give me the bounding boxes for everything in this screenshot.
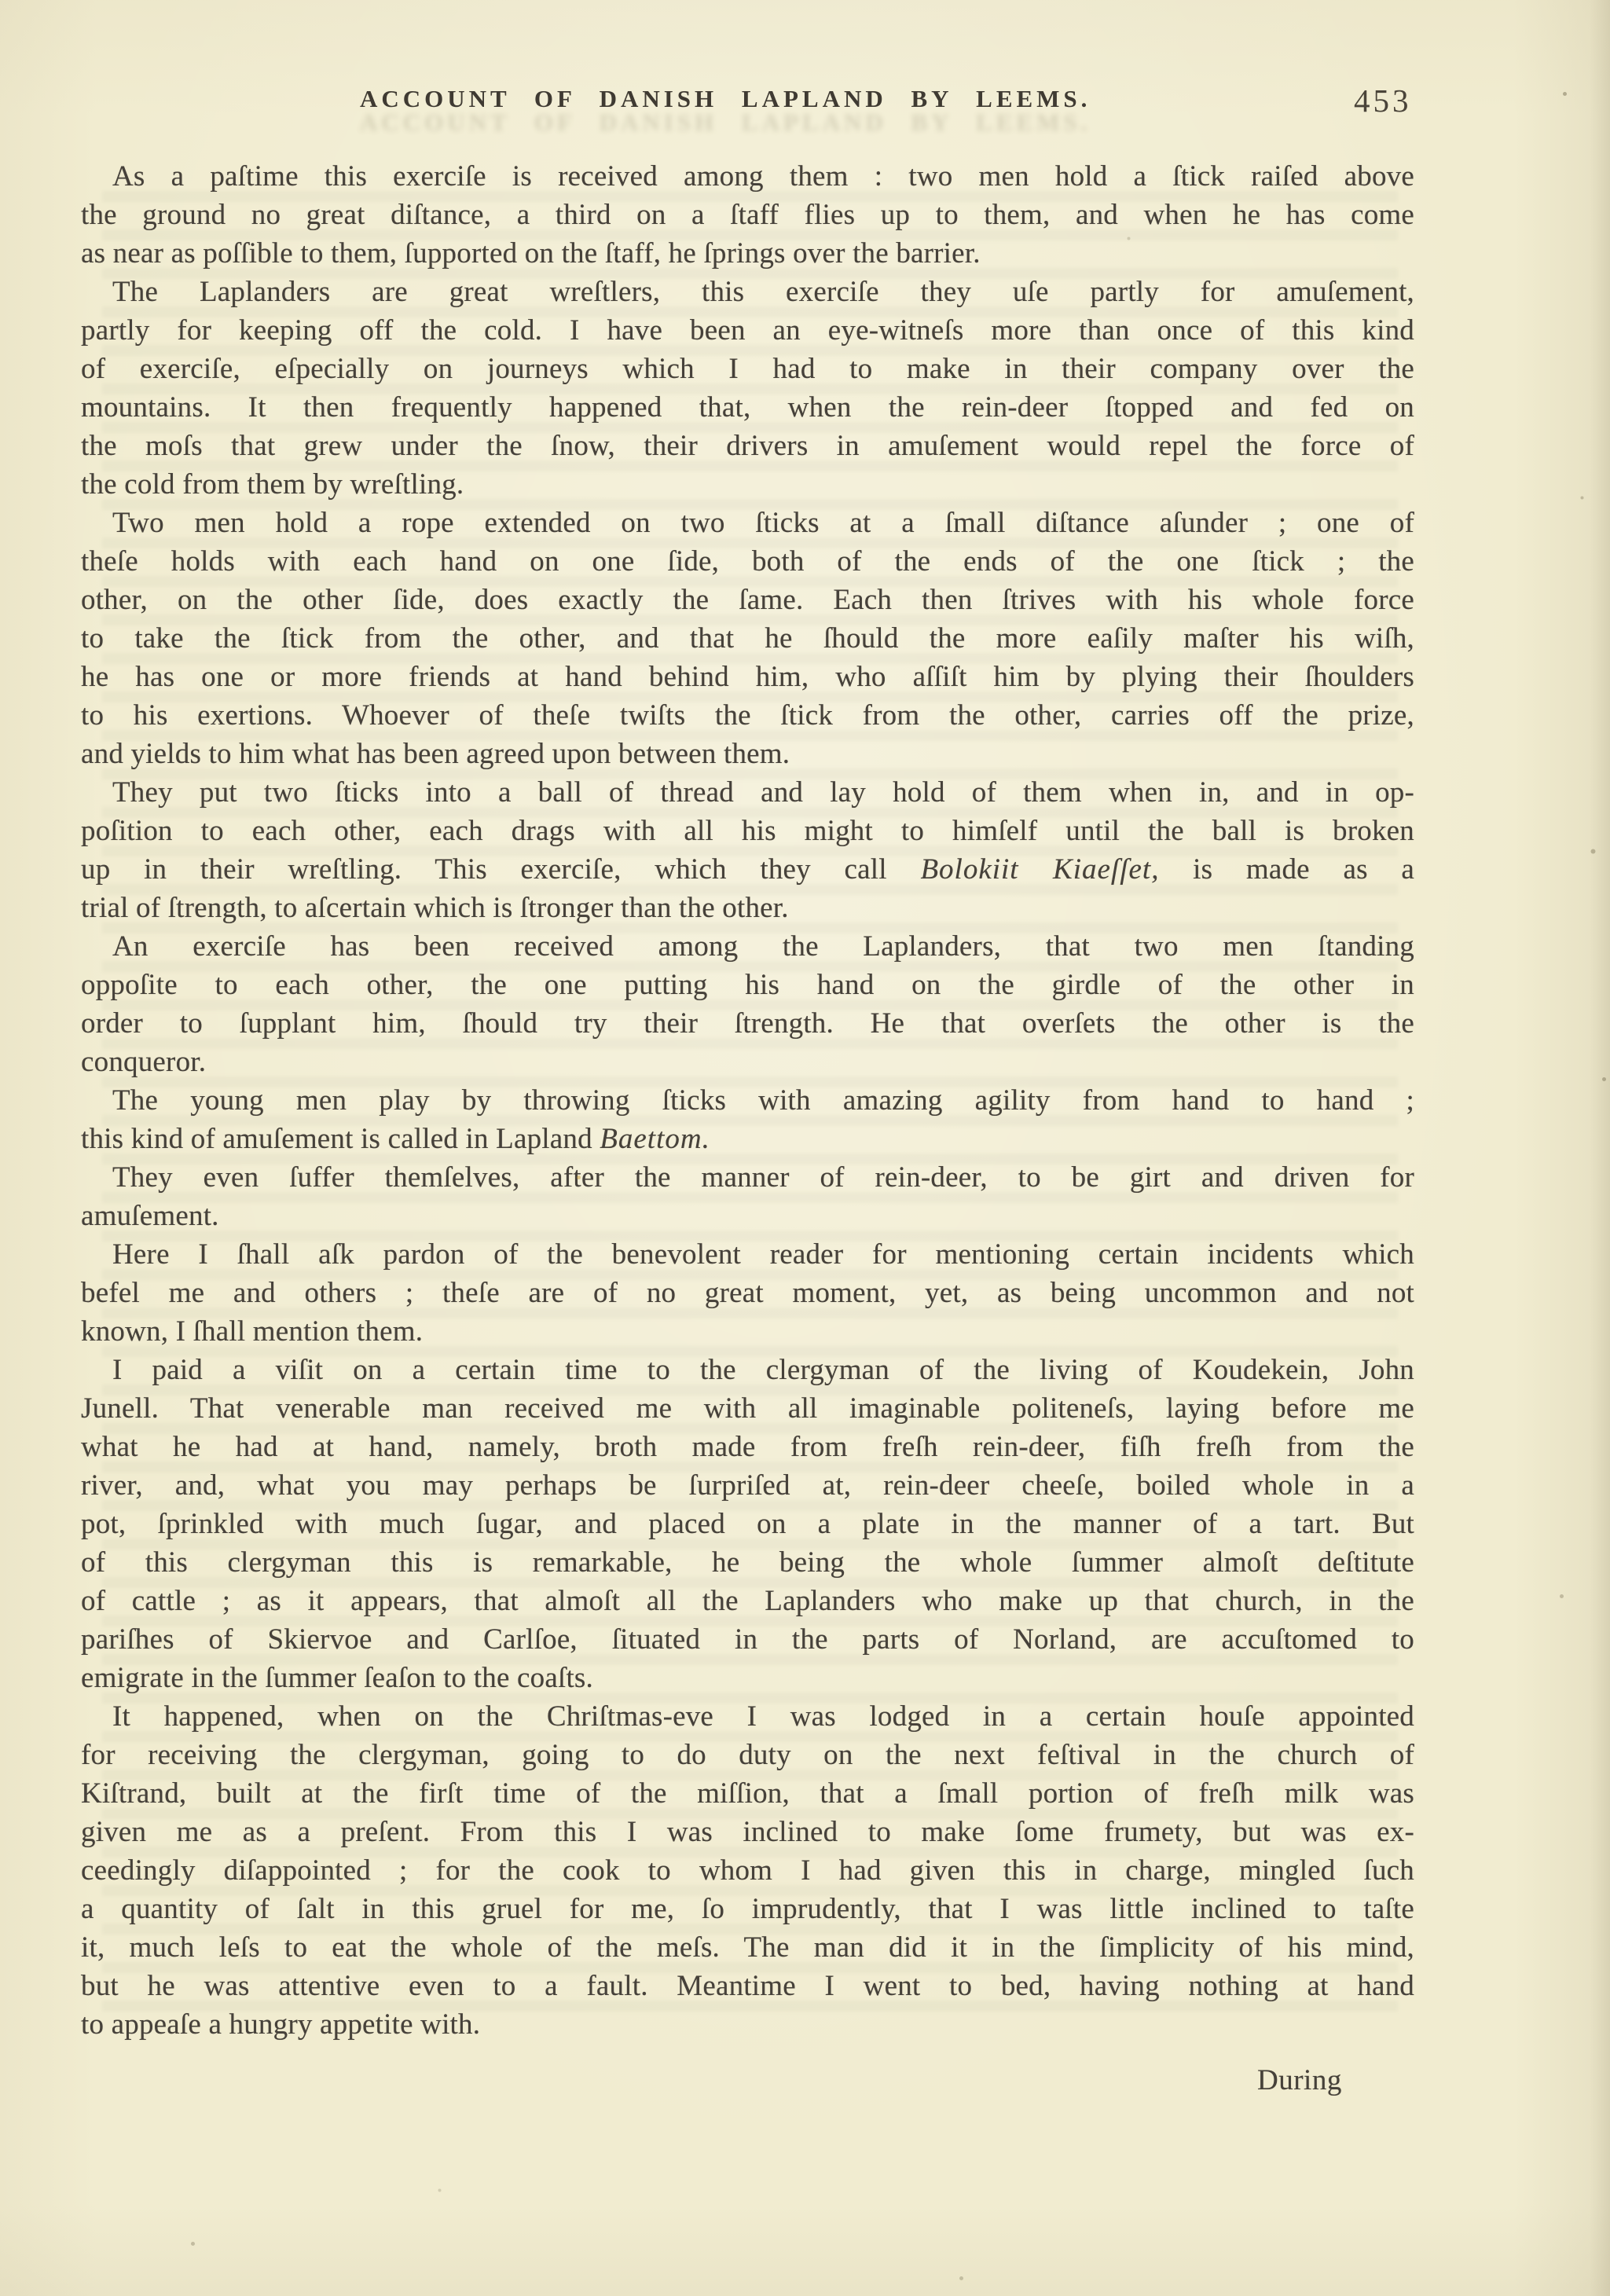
text-line: The Laplanders are great wreſtlers, this… xyxy=(81,273,1414,311)
text-line: as near as poſſible to them, ſupported o… xyxy=(81,234,1414,273)
text-line: this kind of amuſement is called in Lapl… xyxy=(81,1120,1414,1158)
text-line: of cattle ; as it appears, that almoſt a… xyxy=(81,1582,1414,1620)
text-line: pot, ſprinkled with much ſugar, and plac… xyxy=(81,1505,1414,1543)
text-line: poſition to each other, each drags with … xyxy=(81,812,1414,850)
text-line: it, much leſs to eat the whole of the me… xyxy=(81,1928,1414,1967)
text-line: known, I ſhall mention them. xyxy=(81,1312,1414,1351)
text-line: a quantity of ſalt in this gruel for me,… xyxy=(81,1890,1414,1928)
text-line: other, on the other ſide, does exactly t… xyxy=(81,581,1414,619)
text-line: the moſs that grew under the ſnow, their… xyxy=(81,427,1414,465)
text-line: order to ſupplant him, ſhould try their … xyxy=(81,1004,1414,1043)
text-line: what he had at hand, namely, broth made … xyxy=(81,1428,1414,1466)
text-line: but he was attentive even to a fault. Me… xyxy=(81,1967,1414,2005)
running-title: ACCOUNT OF DANISH LAPLAND BY LEEMS. xyxy=(360,85,1091,113)
text-line: and yields to him what has been agreed u… xyxy=(81,735,1414,773)
text-line: given me as a preſent. From this I was i… xyxy=(81,1813,1414,1851)
text-line: of exerciſe, eſpecially on journeys whic… xyxy=(81,350,1414,388)
text-line: of this clergyman this is remarkable, he… xyxy=(81,1543,1414,1582)
text-line: As a paſtime this exerciſe is received a… xyxy=(81,157,1414,196)
text-line: up in their wreſtling. This exerciſe, wh… xyxy=(81,850,1414,889)
text-line: befel me and others ; theſe are of no gr… xyxy=(81,1274,1414,1312)
text-line: to appeaſe a hungry appetite with. xyxy=(81,2005,1414,2044)
text-line: It happened, when on the Chriſtmas-eve I… xyxy=(81,1697,1414,1736)
paper-specks xyxy=(0,0,2,2)
text-line: theſe holds with each hand on one ſide, … xyxy=(81,542,1414,581)
catchword: During xyxy=(1257,2063,1342,2097)
text-line: They put two ſticks into a ball of threa… xyxy=(81,773,1414,812)
text-line: river, and, what you may perhaps be ſurp… xyxy=(81,1466,1414,1505)
text-line: trial of ſtrength, to aſcertain which is… xyxy=(81,889,1414,927)
text-line: The young men play by throwing ſticks wi… xyxy=(81,1081,1414,1120)
text-line: I paid a viſit on a certain time to the … xyxy=(81,1351,1414,1389)
text-line: emigrate in the ſummer ſeaſon to the coa… xyxy=(81,1659,1414,1697)
page-number: 453 xyxy=(1354,82,1412,119)
text-line: An exerciſe has been received among the … xyxy=(81,927,1414,966)
book-page: ACCOUNT OF DANISH LAPLAND BY LEEMS. 453 … xyxy=(0,0,1610,2296)
text-line: to take the ſtick from the other, and th… xyxy=(81,619,1414,658)
text-line: the cold from them by wreſtling. xyxy=(81,465,1414,504)
text-line: They even ſuffer themſelves, after the m… xyxy=(81,1158,1414,1197)
text-line: mountains. It then frequently happened t… xyxy=(81,388,1414,427)
text-line: the ground no great diſtance, a third on… xyxy=(81,196,1414,234)
text-line: partly for keeping off the cold. I have … xyxy=(81,311,1414,350)
text-line: for receiving the clergyman, going to do… xyxy=(81,1736,1414,1774)
text-line: to his exertions. Whoever of theſe twiſt… xyxy=(81,696,1414,735)
text-line: oppoſite to each other, the one putting … xyxy=(81,966,1414,1004)
text-block: As a paſtime this exerciſe is received a… xyxy=(81,157,1414,2044)
text-line: conqueror. xyxy=(81,1043,1414,1081)
text-line: pariſhes of Skiervoe and Carlſoe, ſituat… xyxy=(81,1620,1414,1659)
text-line: he has one or more friends at hand behin… xyxy=(81,658,1414,696)
text-line: Junell. That venerable man received me w… xyxy=(81,1389,1414,1428)
text-line: amuſement. xyxy=(81,1197,1414,1235)
text-line: Here I ſhall aſk pardon of the benevolen… xyxy=(81,1235,1414,1274)
text-line: Two men hold a rope extended on two ſtic… xyxy=(81,504,1414,542)
text-line: ceedingly diſappointed ; for the cook to… xyxy=(81,1851,1414,1890)
text-line: Kiſtrand, built at the firſt time of the… xyxy=(81,1774,1414,1813)
